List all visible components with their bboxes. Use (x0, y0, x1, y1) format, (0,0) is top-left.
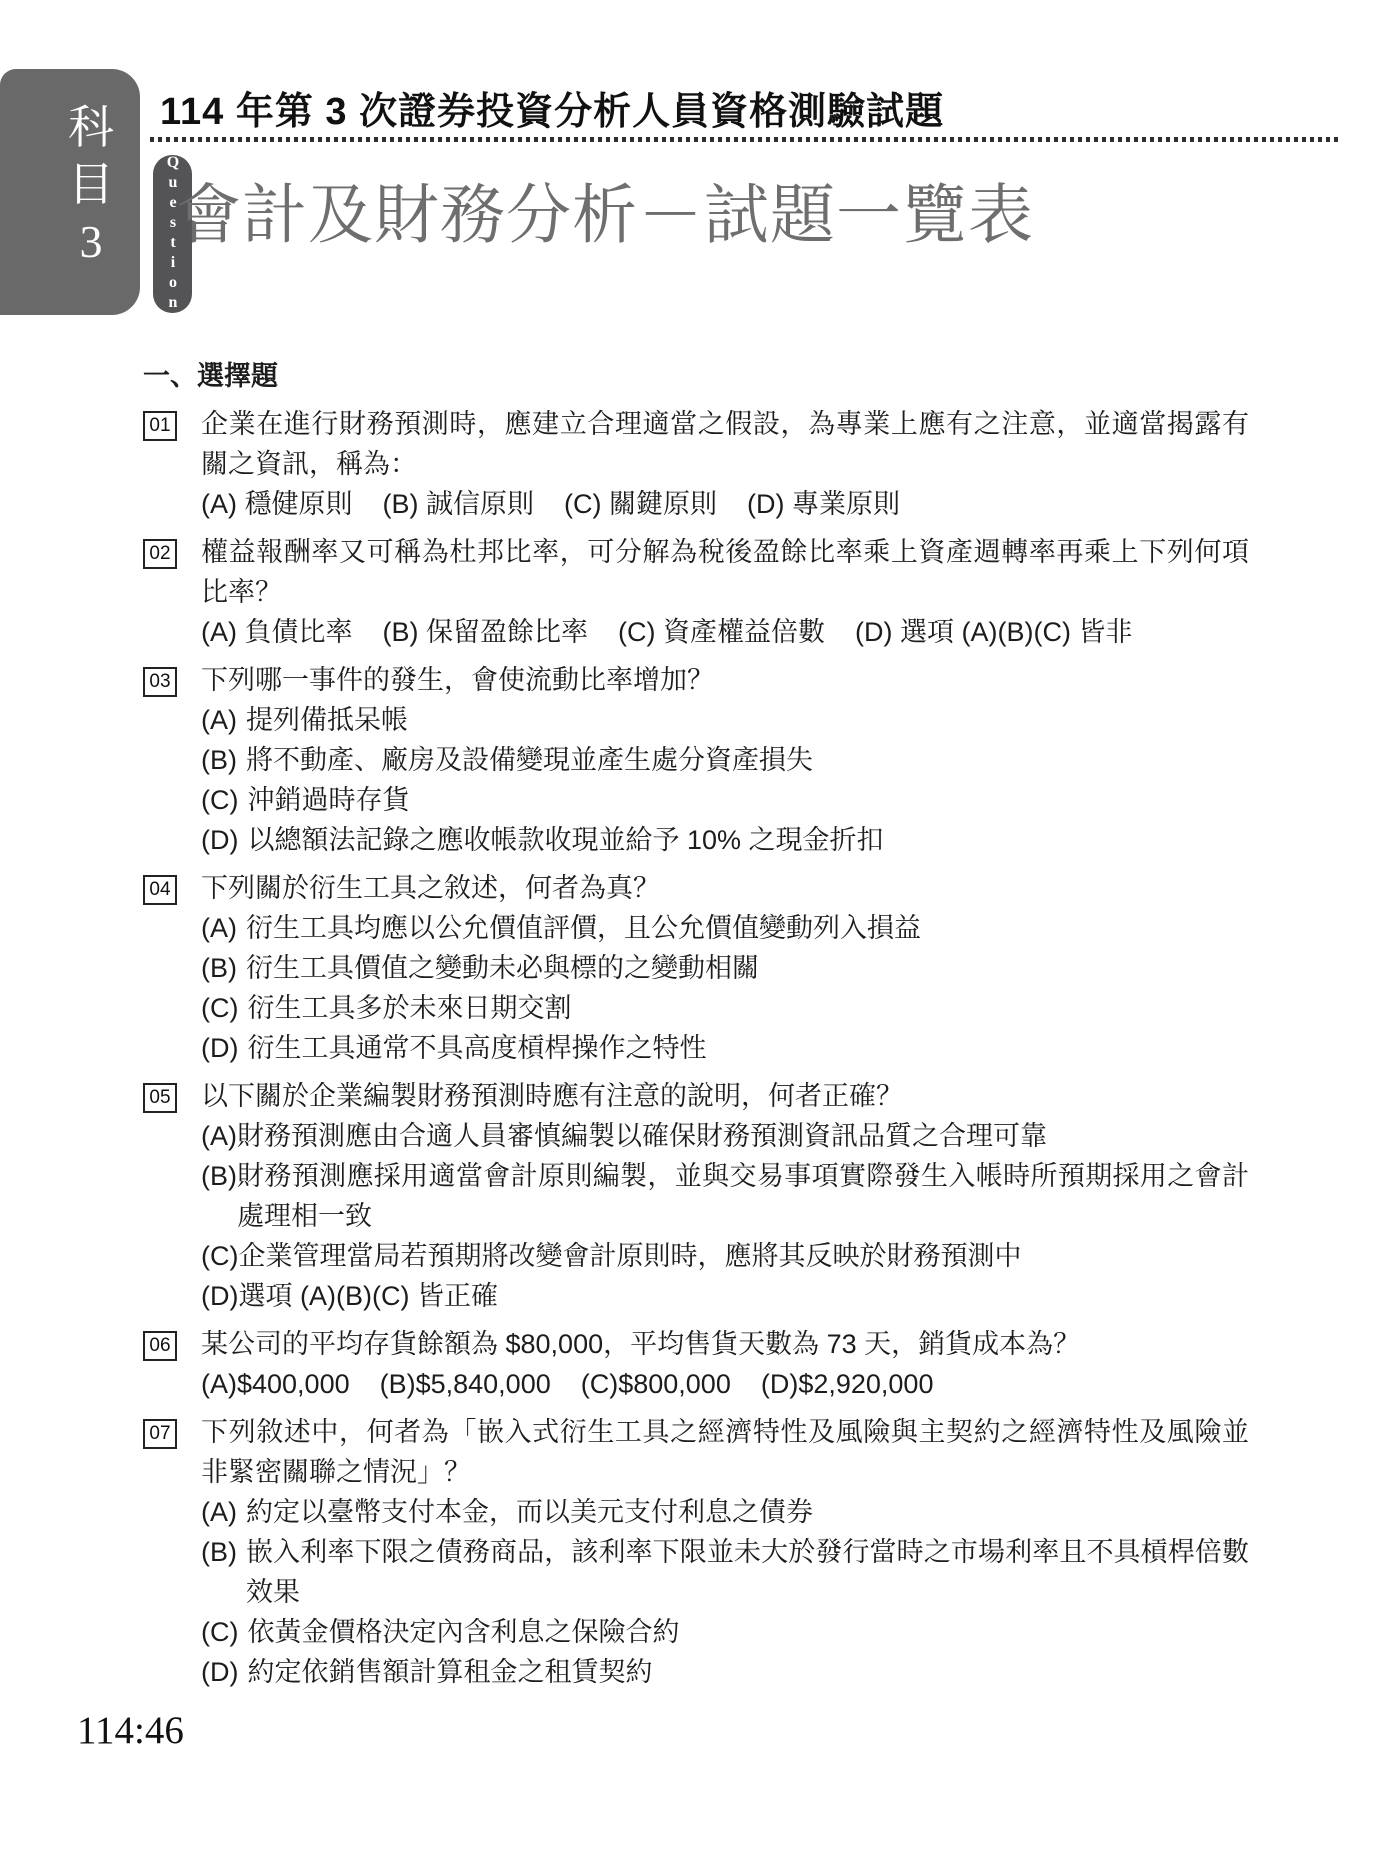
question-text: 某公司的平均存貨餘額為 $80,000，平均售貨天數為 73 天，銷貨成本為？ (201, 1324, 1249, 1364)
option-label: (A) (201, 1116, 237, 1156)
question-number: 06 (143, 1331, 177, 1361)
page-number: 114:46 (77, 1708, 184, 1753)
question-body: 下列哪一事件的發生，會使流動比率增加？ (A)提列備抵呆帳(B)將不動產、廠房及… (201, 660, 1249, 860)
exam-header-title: 114 年第 3 次證券投資分析人員資格測驗試題 (160, 80, 944, 135)
question-number: 07 (143, 1419, 177, 1449)
subject-badge: 科目3 (0, 69, 140, 315)
option-label: (C) (201, 780, 238, 820)
question-list-section: 一、選擇題 01 企業在進行財務預測時，應建立合理適當之假設，為專業上應有之注意… (143, 356, 1253, 1692)
option-text: 企業管理當局若預期將改變會計原則時，應將其反映於財務預測中 (238, 1236, 1249, 1276)
option-text: 以總額法記錄之應收帳款收現並給予 10% 之現金折扣 (247, 820, 1249, 860)
question-body: 某公司的平均存貨餘額為 $80,000，平均售貨天數為 73 天，銷貨成本為？ … (201, 1324, 1249, 1404)
question-body: 下列關於衍生工具之敘述，何者為真？ (A)衍生工具均應以公允價值評價，且公允價值… (201, 868, 1249, 1068)
question-item: 01 企業在進行財務預測時，應建立合理適當之假設，為專業上應有之注意，並適當揭露… (143, 404, 1253, 524)
option-row: (C)衍生工具多於未來日期交割 (201, 988, 1249, 1028)
option-row: (A)衍生工具均應以公允價值評價，且公允價值變動列入損益 (201, 908, 1249, 948)
question-options: (A)提列備抵呆帳(B)將不動產、廠房及設備變現並產生處分資產損失(C)沖銷過時… (201, 700, 1249, 860)
question-options: (A)衍生工具均應以公允價值評價，且公允價值變動列入損益(B)衍生工具價值之變動… (201, 908, 1249, 1068)
question-body: 企業在進行財務預測時，應建立合理適當之假設，為專業上應有之注意，並適當揭露有關之… (201, 404, 1249, 524)
option-row: (A)提列備抵呆帳 (201, 700, 1249, 740)
question-text: 權益報酬率又可稱為杜邦比率，可分解為稅後盈餘比率乘上資產週轉率再乘上下列何項比率… (201, 532, 1249, 612)
option-label: (D) (201, 1028, 238, 1068)
option-text: 財務預測應採用適當會計原則編製，並與交易事項實際發生入帳時所預期採用之會計處理相… (237, 1156, 1249, 1236)
option-text: 沖銷過時存貨 (247, 780, 1249, 820)
option-item: (D) 專業原則 (747, 484, 900, 524)
subject-badge-char: 科 (44, 99, 138, 156)
option-text: 提列備抵呆帳 (246, 700, 1249, 740)
option-item: (B)$5,840,000 (380, 1364, 551, 1404)
question-body: 下列敘述中，何者為「嵌入式衍生工具之經濟特性及風險與主契約之經濟特性及風險並非緊… (201, 1412, 1249, 1692)
option-item: (A) 穩健原則 (201, 484, 353, 524)
option-row: (A)財務預測應由合適人員審慎編製以確保財務預測資訊品質之合理可靠 (201, 1116, 1249, 1156)
option-text: 選項 (A)(B)(C) 皆正確 (238, 1276, 1249, 1316)
subject-badge-char: 目 (44, 156, 138, 213)
option-label: (A) (201, 908, 237, 948)
option-label: (C) (201, 1236, 238, 1276)
option-text: 衍生工具通常不具高度槓桿操作之特性 (247, 1028, 1249, 1068)
question-number: 04 (143, 875, 177, 905)
dotted-divider (150, 137, 1342, 142)
option-label: (B) (201, 1532, 237, 1572)
question-options: (A)財務預測應由合適人員審慎編製以確保財務預測資訊品質之合理可靠(B)財務預測… (201, 1116, 1249, 1316)
question-number: 03 (143, 667, 177, 697)
option-row: (B)將不動產、廠房及設備變現並產生處分資產損失 (201, 740, 1249, 780)
option-item: (A)$400,000 (201, 1364, 350, 1404)
option-label: (B) (201, 740, 237, 780)
option-label: (D) (201, 820, 238, 860)
page-title: 會計及財務分析－試題一覽表 (176, 162, 1034, 256)
question-item: 06 某公司的平均存貨餘額為 $80,000，平均售貨天數為 73 天，銷貨成本… (143, 1324, 1253, 1404)
option-row: (A)約定以臺幣支付本金，而以美元支付利息之債券 (201, 1492, 1249, 1532)
option-row: (D)衍生工具通常不具高度槓桿操作之特性 (201, 1028, 1249, 1068)
option-row: (D)選項 (A)(B)(C) 皆正確 (201, 1276, 1249, 1316)
question-list: 01 企業在進行財務預測時，應建立合理適當之假設，為專業上應有之注意，並適當揭露… (143, 404, 1253, 1692)
option-row: (D)約定依銷售額計算租金之租賃契約 (201, 1652, 1249, 1692)
option-label: (D) (201, 1652, 238, 1692)
option-row: (B)財務預測應採用適當會計原則編製，並與交易事項實際發生入帳時所預期採用之會計… (201, 1156, 1249, 1236)
option-item: (D) 選項 (A)(B)(C) 皆非 (855, 612, 1132, 652)
option-label: (C) (201, 1612, 238, 1652)
option-text: 財務預測應由合適人員審慎編製以確保財務預測資訊品質之合理可靠 (237, 1116, 1249, 1156)
question-text: 下列關於衍生工具之敘述，何者為真？ (201, 868, 1249, 908)
question-item: 07 下列敘述中，何者為「嵌入式衍生工具之經濟特性及風險與主契約之經濟特性及風險… (143, 1412, 1253, 1692)
option-item: (A) 負債比率 (201, 612, 353, 652)
question-number: 02 (143, 539, 177, 569)
question-text: 下列敘述中，何者為「嵌入式衍生工具之經濟特性及風險與主契約之經濟特性及風險並非緊… (201, 1412, 1249, 1492)
option-label: (A) (201, 1492, 237, 1532)
option-row: (C)依黃金價格決定內含利息之保險合約 (201, 1612, 1249, 1652)
question-options: (A)$400,000(B)$5,840,000(C)$800,000(D)$2… (201, 1364, 1249, 1404)
section-title: 一、選擇題 (143, 356, 1253, 396)
option-row: (B)衍生工具價值之變動未必與標的之變動相關 (201, 948, 1249, 988)
exam-page: 科目3 114 年第 3 次證券投資分析人員資格測驗試題 Question 會計… (0, 0, 1386, 1859)
option-item: (C) 關鍵原則 (564, 484, 717, 524)
question-body: 權益報酬率又可稱為杜邦比率，可分解為稅後盈餘比率乘上資產週轉率再乘上下列何項比率… (201, 532, 1249, 652)
question-number: 05 (143, 1083, 177, 1113)
question-number: 01 (143, 411, 177, 441)
option-item: (B) 保留盈餘比率 (383, 612, 589, 652)
option-text: 嵌入利率下限之債務商品，該利率下限並未大於發行當時之市場利率且不具槓桿倍數效果 (246, 1532, 1249, 1612)
question-item: 02 權益報酬率又可稱為杜邦比率，可分解為稅後盈餘比率乘上資產週轉率再乘上下列何… (143, 532, 1253, 652)
subject-badge-char: 3 (44, 213, 138, 270)
option-text: 衍生工具均應以公允價值評價，且公允價值變動列入損益 (246, 908, 1249, 948)
option-label: (B) (201, 1156, 237, 1196)
option-row: (D)以總額法記錄之應收帳款收現並給予 10% 之現金折扣 (201, 820, 1249, 860)
option-item: (D)$2,920,000 (761, 1364, 934, 1404)
option-label: (D) (201, 1276, 238, 1316)
question-options: (A) 負債比率(B) 保留盈餘比率(C) 資產權益倍數(D) 選項 (A)(B… (201, 612, 1249, 652)
option-row: (B)嵌入利率下限之債務商品，該利率下限並未大於發行當時之市場利率且不具槓桿倍數… (201, 1532, 1249, 1612)
option-text: 衍生工具價值之變動未必與標的之變動相關 (246, 948, 1249, 988)
option-label: (B) (201, 948, 237, 988)
option-item: (B) 誠信原則 (383, 484, 535, 524)
question-options: (A) 穩健原則(B) 誠信原則(C) 關鍵原則(D) 專業原則 (201, 484, 1249, 524)
option-text: 依黃金價格決定內含利息之保險合約 (247, 1612, 1249, 1652)
option-item: (C) 資產權益倍數 (618, 612, 825, 652)
option-text: 約定以臺幣支付本金，而以美元支付利息之債券 (246, 1492, 1249, 1532)
question-body: 以下關於企業編製財務預測時應有注意的說明，何者正確？ (A)財務預測應由合適人員… (201, 1076, 1249, 1316)
question-text: 下列哪一事件的發生，會使流動比率增加？ (201, 660, 1249, 700)
option-text: 將不動產、廠房及設備變現並產生處分資產損失 (246, 740, 1249, 780)
question-text: 企業在進行財務預測時，應建立合理適當之假設，為專業上應有之注意，並適當揭露有關之… (201, 404, 1249, 484)
option-label: (C) (201, 988, 238, 1028)
question-text: 以下關於企業編製財務預測時應有注意的說明，何者正確？ (201, 1076, 1249, 1116)
option-text: 約定依銷售額計算租金之租賃契約 (247, 1652, 1249, 1692)
option-item: (C)$800,000 (581, 1364, 731, 1404)
question-item: 04 下列關於衍生工具之敘述，何者為真？ (A)衍生工具均應以公允價值評價，且公… (143, 868, 1253, 1068)
question-options: (A)約定以臺幣支付本金，而以美元支付利息之債券(B)嵌入利率下限之債務商品，該… (201, 1492, 1249, 1692)
option-row: (C)沖銷過時存貨 (201, 780, 1249, 820)
option-text: 衍生工具多於未來日期交割 (247, 988, 1249, 1028)
option-label: (A) (201, 700, 237, 740)
question-item: 03 下列哪一事件的發生，會使流動比率增加？ (A)提列備抵呆帳(B)將不動產、… (143, 660, 1253, 860)
question-item: 05 以下關於企業編製財務預測時應有注意的說明，何者正確？ (A)財務預測應由合… (143, 1076, 1253, 1316)
option-row: (C)企業管理當局若預期將改變會計原則時，應將其反映於財務預測中 (201, 1236, 1249, 1276)
